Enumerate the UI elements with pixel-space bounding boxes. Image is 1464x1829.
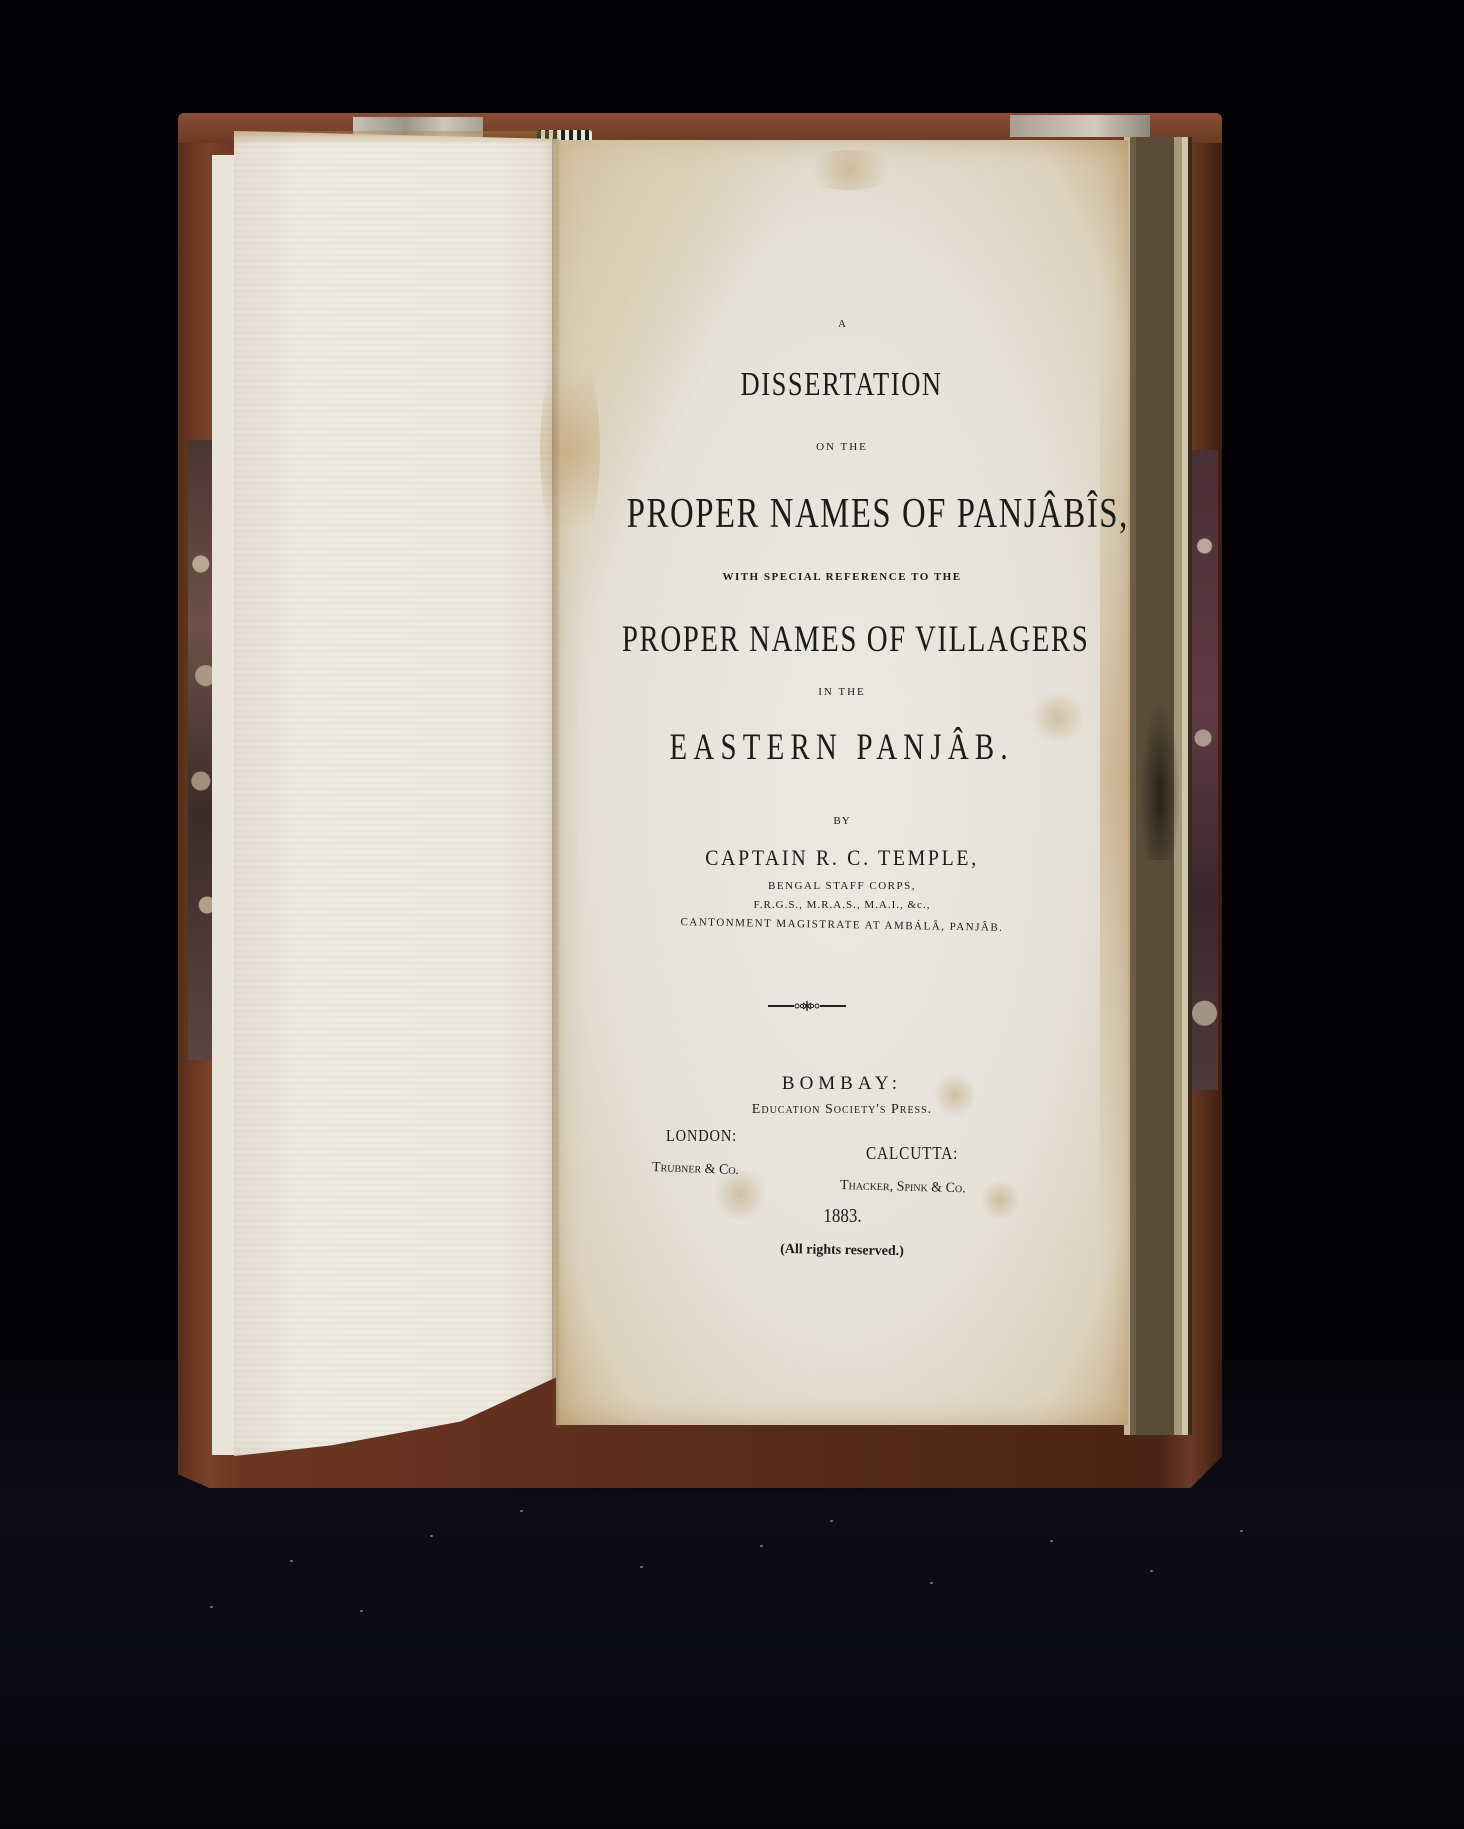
dust-speck — [930, 1582, 933, 1584]
dust-speck — [520, 1510, 523, 1512]
imprint-city-calcutta: CALCUTTA: — [866, 1143, 958, 1164]
imprint-publisher-calcutta: Thacker, Spink & Co. — [840, 1178, 966, 1197]
title-page[interactable] — [556, 140, 1128, 1425]
title-line-2-text: PROPER NAMES OF PANJÂBÎS, — [627, 490, 1129, 538]
publication-year: 1883. — [556, 1205, 1128, 1228]
title-line-3: PROPER NAMES OF VILLAGERS — [556, 618, 1128, 661]
marbled-board-right — [1188, 450, 1218, 1090]
author-affiliation-1: BENGAL STAFF CORPS, — [556, 880, 1128, 892]
connector-with-special-reference: WITH SPECIAL REFERENCE TO THE — [556, 571, 1128, 583]
title-line-4-text: EASTERN PANJÂB. — [670, 726, 1014, 769]
author-name-text: CAPTAIN R. C. TEMPLE, — [705, 845, 979, 871]
dust-speck — [1240, 1530, 1243, 1532]
foxing-stain — [800, 150, 900, 190]
marbled-board-top-right — [1010, 115, 1150, 137]
title-line-1-text: DISSERTATION — [741, 366, 943, 404]
imprint-city-bombay: BOMBAY: — [556, 1073, 1128, 1095]
dust-speck — [760, 1545, 763, 1547]
publication-year-text: 1883. — [823, 1205, 861, 1228]
title-line-2: PROPER NAMES OF PANJÂBÎS, — [556, 490, 1128, 538]
left-page-top-stain — [234, 131, 558, 145]
author-name: CAPTAIN R. C. TEMPLE, — [556, 845, 1128, 871]
dust-speck — [1150, 1570, 1153, 1572]
author-affiliation-2: F.R.G.S., M.R.A.S., M.A.I., &c., — [556, 899, 1128, 911]
book-gutter — [552, 137, 560, 1427]
title-line-1: DISSERTATION — [556, 366, 1128, 404]
dust-speck — [430, 1535, 433, 1537]
connector-in-the: IN THE — [556, 686, 1128, 698]
title-line-4: EASTERN PANJÂB. — [556, 726, 1128, 769]
imprint-city-london: LONDON: — [666, 1126, 737, 1146]
dust-speck — [360, 1610, 363, 1612]
title-line-3-text: PROPER NAMES OF VILLAGERS — [622, 618, 1089, 661]
printer-ornament-icon — [768, 1003, 846, 1009]
edge-tanning — [1100, 140, 1130, 1420]
dust-speck — [1050, 1540, 1053, 1542]
imprint-press: Education Society's Press. — [556, 1102, 1128, 1118]
dust-speck — [830, 1520, 833, 1522]
dust-speck — [640, 1566, 643, 1568]
dust-speck — [210, 1606, 213, 1608]
dust-speck — [290, 1560, 293, 1562]
title-article: A — [556, 318, 1128, 330]
by-line: BY — [556, 815, 1128, 827]
page-edge-shadow — [1140, 700, 1180, 860]
connector-on-the: ON THE — [556, 441, 1128, 453]
imprint-publisher-london: Trubner & Co. — [652, 1160, 740, 1179]
left-flyleaf-page[interactable] — [234, 131, 558, 1456]
